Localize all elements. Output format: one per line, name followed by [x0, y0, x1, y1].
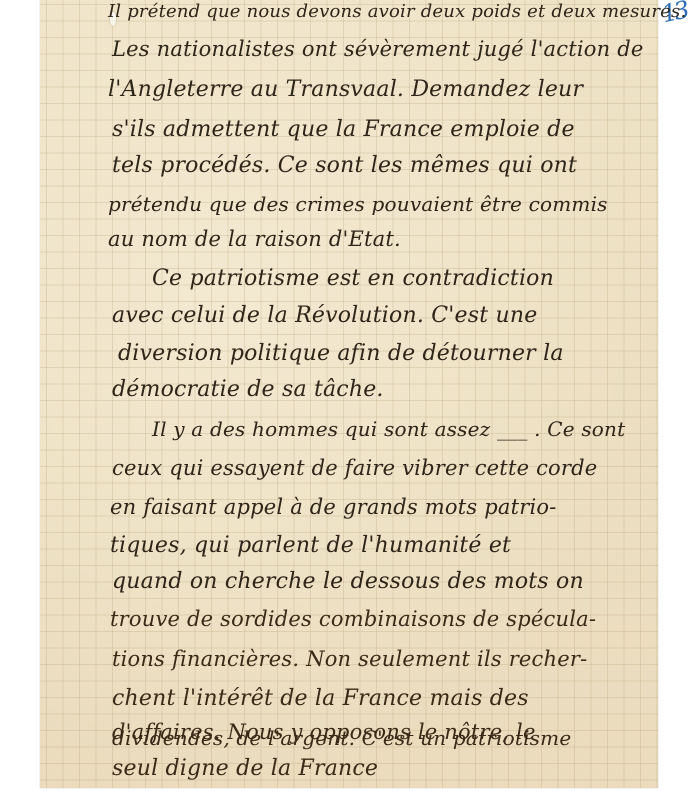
handwritten-line: quand on cherche le dessous des mots on — [112, 571, 584, 593]
handwritten-line: diversion politique afin de détourner la — [118, 343, 564, 365]
handwritten-line: au nom de la raison d'Etat. — [108, 229, 401, 250]
handwritten-line: s'ils admettent que la France emploie de — [112, 119, 575, 141]
handwritten-line: avec celui de la Révolution. C'est une — [112, 305, 537, 327]
handwritten-line: tions financières. Non seulement ils rec… — [112, 649, 587, 670]
manuscript-page: 13 Il prétend que nous devons avoir deux… — [40, 0, 658, 788]
handwritten-line: d'affaires. Nous y opposons le nôtre, le — [112, 722, 536, 743]
handwritten-line: tels procédés. Ce sont les mêmes qui ont — [112, 155, 577, 177]
handwritten-line: chent l'intérêt de la France mais des — [112, 688, 529, 710]
handwritten-line: trouve de sordides combinaisons de spécu… — [110, 609, 596, 630]
handwritten-line: Il prétend que nous devons avoir deux po… — [108, 3, 686, 21]
handwritten-line: tiques, qui parlent de l'humanité et — [110, 535, 511, 557]
handwritten-line: l'Angleterre au Transvaal. Demandez leur — [108, 79, 583, 101]
handwritten-line: Les nationalistes ont sévèrement jugé l'… — [112, 39, 644, 60]
handwritten-line: ceux qui essayent de faire vibrer cette … — [112, 458, 597, 479]
handwritten-line: seul digne de la France — [112, 758, 378, 780]
handwritten-line: Ce patriotisme est en contradiction — [152, 268, 554, 290]
handwritten-line: démocratie de sa tâche. — [112, 379, 384, 401]
handwritten-line: Il y a des hommes qui sont assez ___ . C… — [152, 419, 625, 439]
handwritten-line: prétendu que des crimes pouvaient être c… — [108, 194, 608, 214]
handwritten-line: en faisant appel à de grands mots patrio… — [110, 497, 557, 518]
